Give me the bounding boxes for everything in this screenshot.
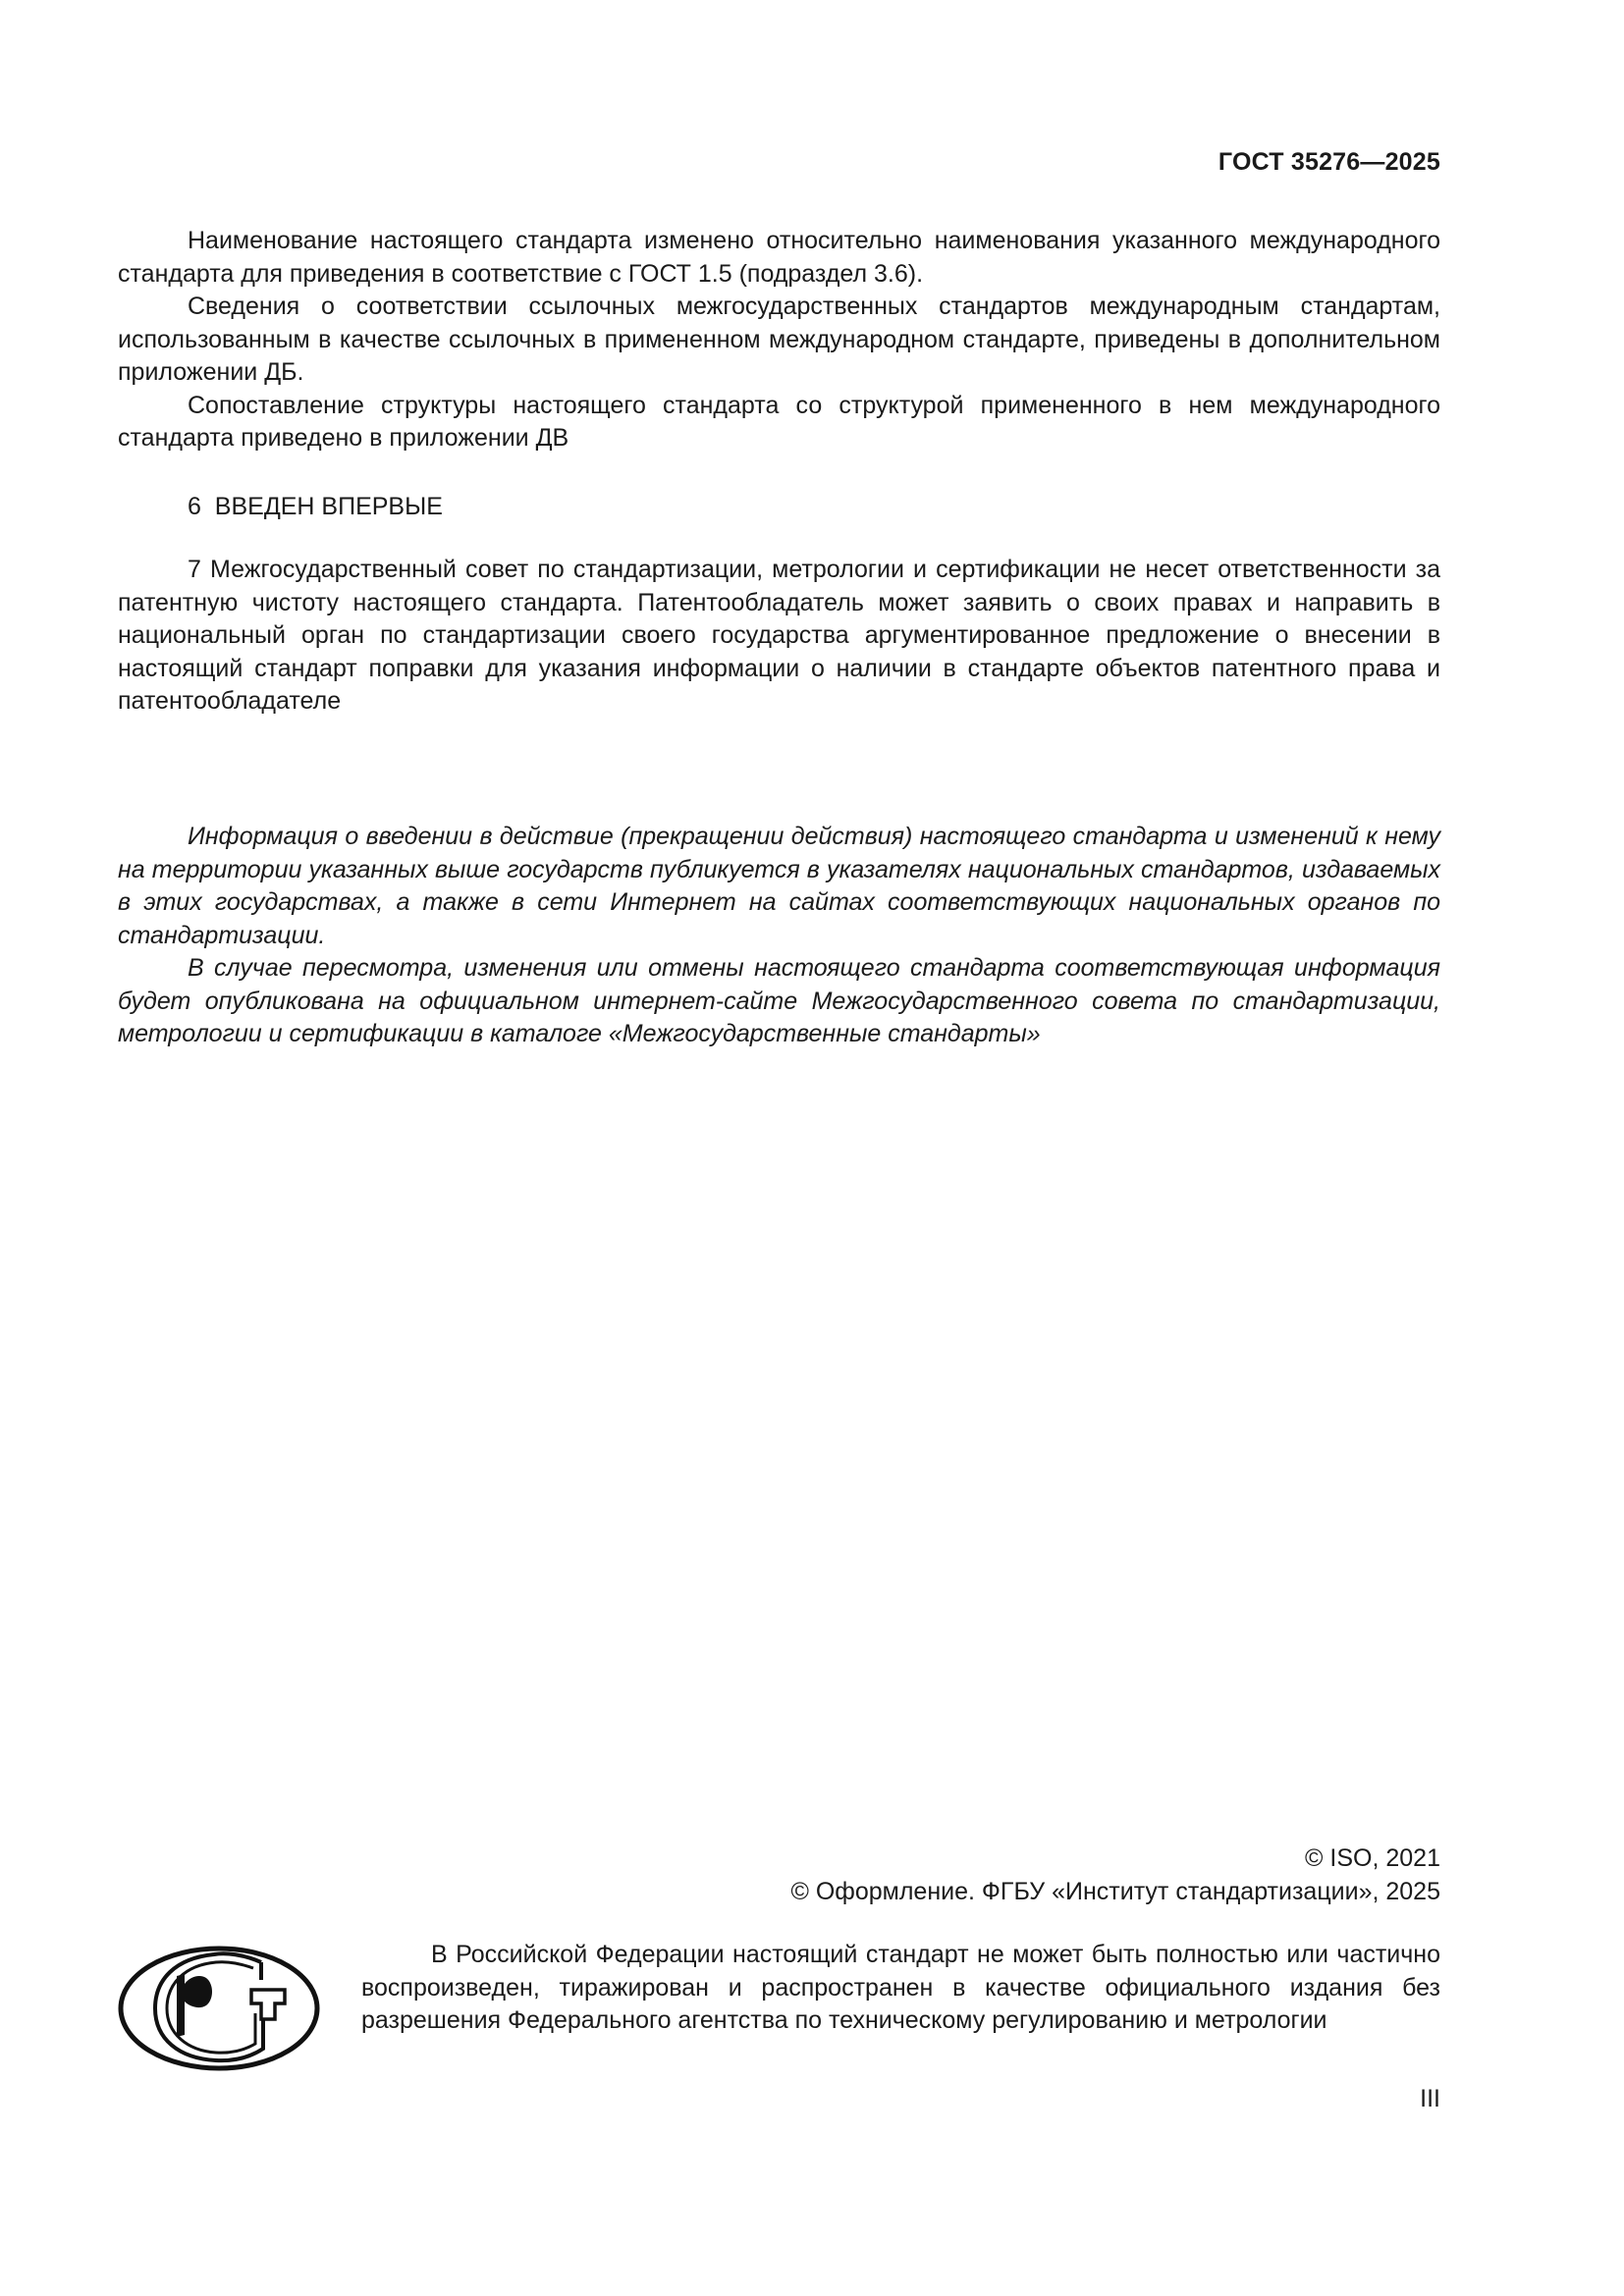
rf-reproduction-notice: В Российской Федерации настоящий стандар… [361,1939,1440,2038]
item-7: 7 Межгосударственный совет по стандартиз… [118,554,1440,719]
info-notice-paragraph-1: Информация о введении в действие (прекра… [118,821,1440,952]
copyright-iso: © ISO, 2021 [790,1842,1440,1876]
info-notice: Информация о введении в действие (прекра… [118,821,1440,1051]
preface-notes: Наименование настоящего стандарта измене… [118,225,1440,455]
rst-logo-icon [116,1939,322,2078]
document-code-header: ГОСТ 35276—2025 [1218,148,1440,177]
info-notice-paragraph-2: В случае пересмотра, изменения или отмен… [118,952,1440,1051]
copyright-design: © Оформление. ФГБУ «Институт стандартиза… [790,1876,1440,1909]
references-note: Сведения о соответствии ссылочных межгос… [118,291,1440,390]
rf-notice-text: В Российской Федерации настоящий стандар… [361,1939,1440,2038]
copyright-block: © ISO, 2021 © Оформление. ФГБУ «Институт… [790,1842,1440,1908]
patent-disclaimer: 7 Межгосударственный совет по стандартиз… [118,554,1440,719]
name-change-note: Наименование настоящего стандарта измене… [118,225,1440,291]
document-page: ГОСТ 35276—2025 Наименование настоящего … [0,0,1624,2296]
item-6: 6 ВВЕДЕН ВПЕРВЫЕ [118,491,1440,524]
structure-note: Сопоставление структуры настоящего станд… [118,390,1440,455]
introduced-first-time: 6 ВВЕДЕН ВПЕРВЫЕ [118,491,1440,524]
page-number: III [1420,2085,1440,2113]
